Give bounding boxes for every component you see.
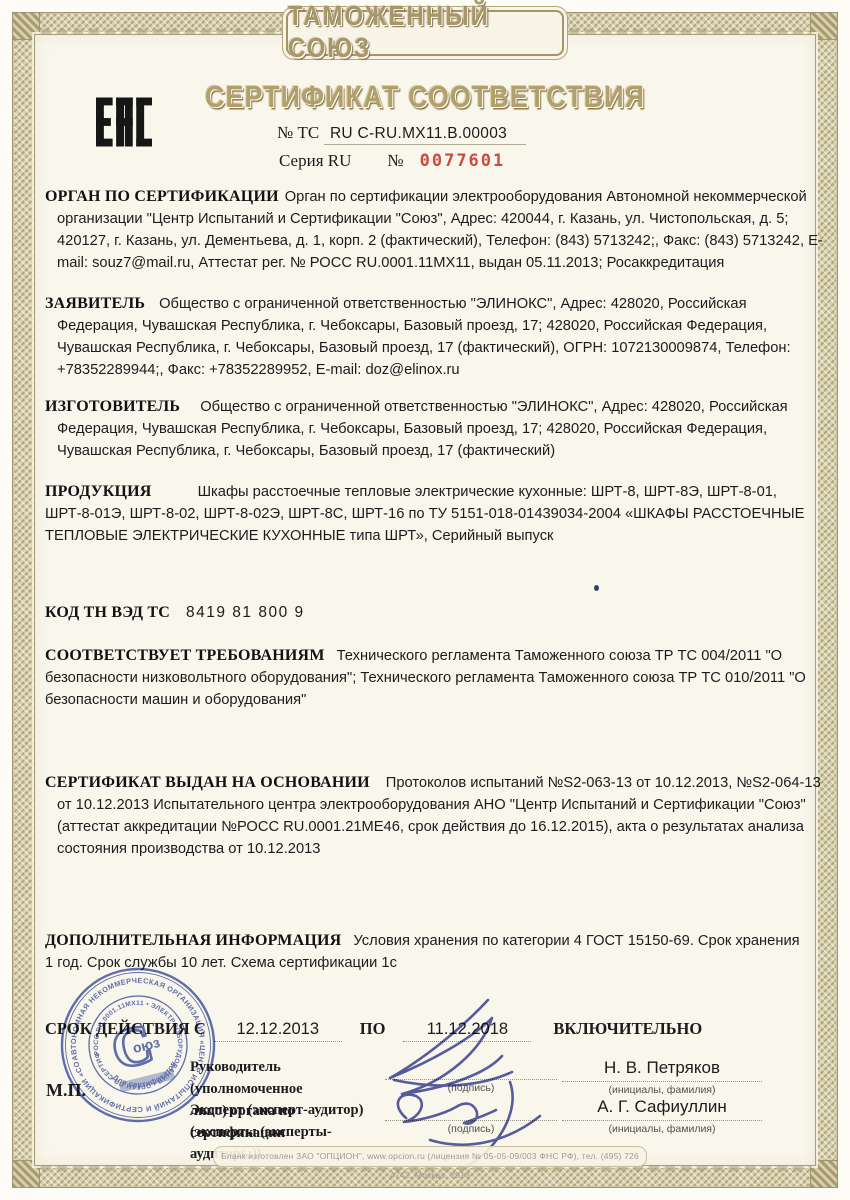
certificate-title: СЕРТИФИКАТ СООТВЕТСТВИЯ — [0, 80, 850, 115]
section-manufacturer: ИЗГОТОВИТЕЛЬОбщество с ограниченной отве… — [45, 396, 823, 462]
certificate-number-value: RU C-RU.MX11.B.00003 — [324, 125, 526, 145]
certificate-page: { "header": { "badge": "ТАМОЖЕННЫЙ СОЮЗ"… — [0, 0, 850, 1200]
validity-date-from: 12.12.2013 — [214, 1020, 342, 1042]
section-applicant: ЗАЯВИТЕЛЬОбщество с ограниченной ответст… — [45, 293, 823, 381]
series-label: Серия RU — [279, 151, 351, 171]
section-product-text: Шкафы расстоечные тепловые электрические… — [45, 484, 804, 544]
certificate-number-label: № ТС — [277, 123, 319, 142]
ink-dot-artifact — [594, 585, 599, 591]
section-tn-ved-code: КОД ТН ВЭД ТС8419 81 800 9 — [45, 602, 811, 624]
section-requirements: СООТВЕТСТВУЕТ ТРЕБОВАНИЯМТехнического ре… — [45, 645, 811, 711]
section-product-label: ПРОДУКЦИЯ — [45, 483, 152, 500]
section-applicant-text: Общество с ограниченной ответственностью… — [57, 296, 791, 378]
certificate-number-row: № ТС RU C-RU.MX11.B.00003 — [277, 123, 526, 145]
certification-body-stamp: АВТОНОМНАЯ НЕКОММЕРЧЕСКАЯ ОРГАНИЗАЦИЯ «Ц… — [58, 965, 218, 1125]
series-number-sign: № — [387, 151, 403, 171]
section-certification-body: ОРГАН ПО СЕРТИФИКАЦИИОрган по сертификац… — [45, 186, 823, 274]
customs-union-badge: ТАМОЖЕННЫЙ СОЮЗ — [286, 10, 564, 56]
section-tn-ved-code-label: КОД ТН ВЭД ТС — [45, 604, 170, 621]
section-basis-label: СЕРТИФИКАТ ВЫДАН НА ОСНОВАНИИ — [45, 774, 370, 791]
section-extra-info-label: ДОПОЛНИТЕЛЬНАЯ ИНФОРМАЦИЯ — [45, 932, 341, 949]
series-row: Серия RU № 0077601 — [279, 151, 505, 171]
section-manufacturer-label: ИЗГОТОВИТЕЛЬ — [45, 398, 180, 415]
section-requirements-label: СООТВЕТСТВУЕТ ТРЕБОВАНИЯМ — [45, 647, 325, 664]
customs-union-badge-label: ТАМОЖЕННЫЙ СОЮЗ — [288, 1, 562, 65]
signature-stroke-expert — [398, 1095, 496, 1124]
blank-manufacturer-imprint: Бланк изготовлен ЗАО "ОПЦИОН", www.opcio… — [213, 1146, 647, 1167]
section-applicant-label: ЗАЯВИТЕЛЬ — [45, 295, 145, 312]
section-product: ПРОДУКЦИЯШкафы расстоечные тепловые элек… — [45, 481, 811, 547]
series-number-value: 0077601 — [420, 151, 506, 171]
section-basis: СЕРТИФИКАТ ВЫДАН НА ОСНОВАНИИПротоколов … — [45, 772, 823, 860]
section-certification-body-label: ОРГАН ПО СЕРТИФИКАЦИИ — [45, 188, 279, 205]
tn-ved-code-value: 8419 81 800 9 — [186, 604, 305, 621]
